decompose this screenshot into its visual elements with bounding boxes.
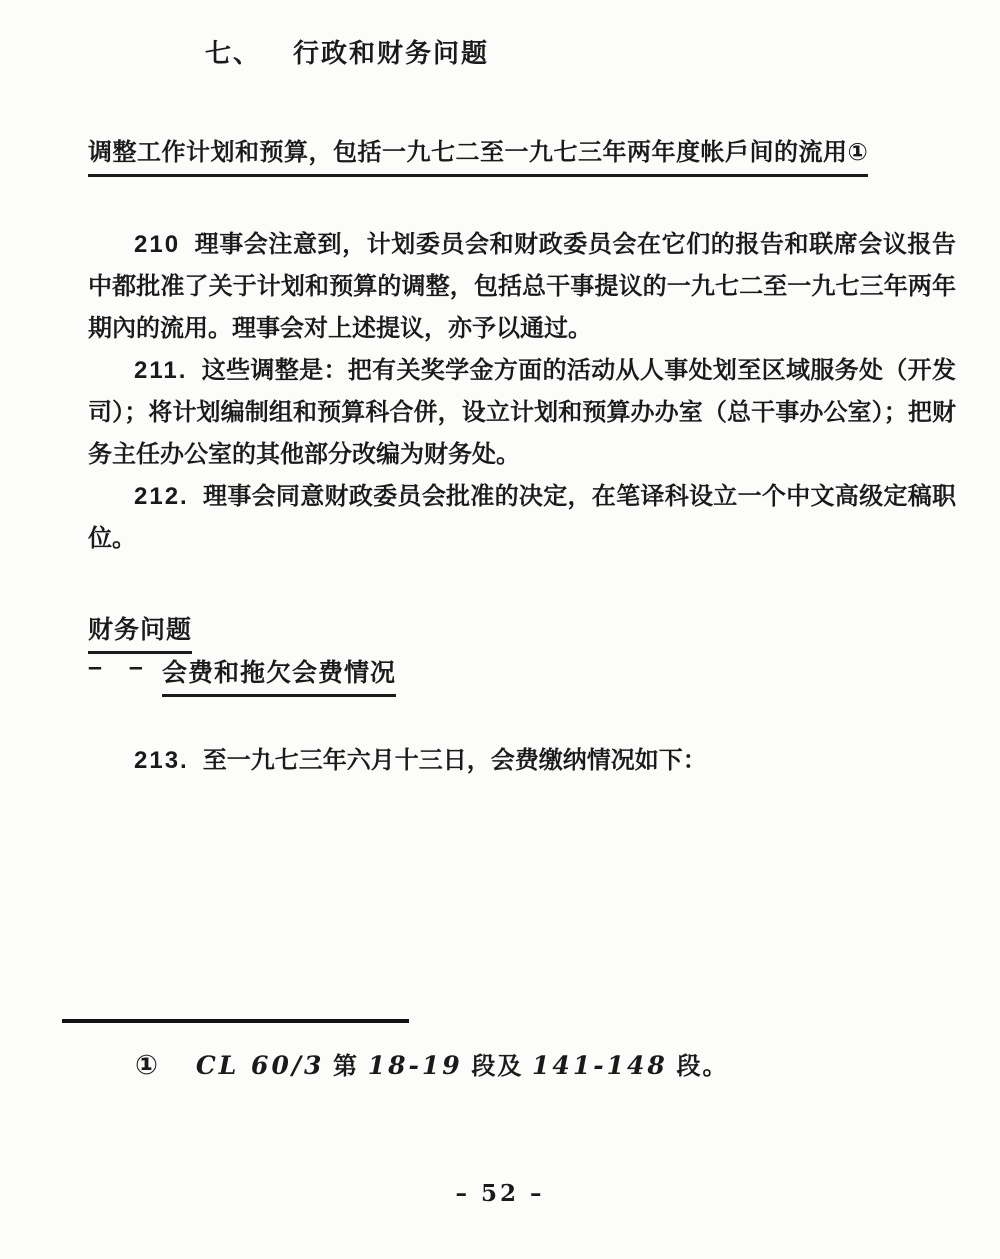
footnote-marker: ① [135,1050,158,1080]
paragraph-213-block: 213.至一九七三年六月十三日，会费缴纳情况如下： [88,740,956,782]
scanned-document-page: 七、行政和财务问题 调整工作计划和预算，包括一九七二至一九七三年两年度帐戶间的流… [0,0,1000,1259]
footnote-text: 段及 [463,1053,532,1080]
subsection-list-item: – – 会费和拖欠会费情况 [88,653,396,697]
paragraph-213-number: 213. [134,747,189,774]
list-item-dashes: – – [88,653,162,682]
subsection-heading-text: 财务问题 [88,610,192,654]
section-heading: 七、行政和财务问题 [205,33,489,70]
footnote-para-range-2: 141-148 [532,1051,668,1080]
paragraph-211-text: 这些调整是：把有关奖学金方面的活动从人事处划至区域服务处（开发司）；将计划编制组… [88,357,956,468]
footnote-ref-code: CL 60/3 [196,1051,325,1080]
paragraph-210-number: 210 [134,231,180,258]
paragraph-210: 210理事会注意到，计划委员会和财政委员会在它们的报告和联席会议报告中都批准了关… [88,224,956,350]
footnote-para-range-1: 18-19 [368,1051,463,1080]
page-number: – 52 – [0,1180,1000,1207]
paragraph-211-number: 211. [134,357,187,384]
section-heading-number: 七、 [205,38,261,68]
subsection-heading: 财务问题 [88,610,192,654]
paragraph-213-text: 至一九七三年六月十三日，会费缴纳情况如下： [203,747,707,774]
paragraph-212-text: 理事会同意财政委员会批准的决定，在笔译科设立一个中文高级定稿职位。 [88,483,956,552]
footnote-text: 第 [324,1053,367,1080]
list-item-text: 会费和拖欠会费情况 [162,653,396,697]
paragraph-210-text: 理事会注意到，计划委员会和财政委员会在它们的报告和联席会议报告中都批准了关于计划… [88,231,956,342]
footnote-text: 段。 [668,1053,729,1080]
paragraph-212: 212.理事会同意财政委员会批准的决定，在笔译科设立一个中文高级定稿职位。 [88,476,956,560]
footnote: ①CL 60/3 第 18-19 段及 141-148 段。 [135,1046,728,1081]
footnote-separator-rule [62,1019,409,1023]
paragraph-212-number: 212. [134,483,189,510]
body-paragraphs: 210理事会注意到，计划委员会和财政委员会在它们的报告和联席会议报告中都批准了关… [88,224,956,560]
paragraph-211: 211.这些调整是：把有关奖学金方面的活动从人事处划至区域服务处（开发司）；将计… [88,350,956,476]
document-title: 调整工作计划和预算，包括一九七二至一九七三年两年度帐戶间的流用① [88,132,868,177]
section-heading-title: 行政和财务问题 [293,38,489,68]
paragraph-213: 213.至一九七三年六月十三日，会费缴纳情况如下： [88,740,956,782]
